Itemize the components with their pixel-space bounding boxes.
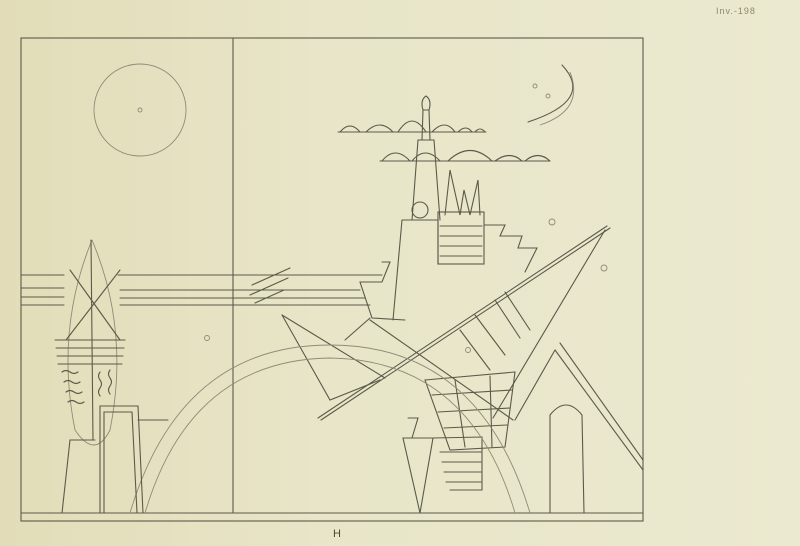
pencil-drawing: [0, 0, 800, 546]
sun-circle: [94, 64, 186, 156]
tower: [360, 96, 537, 320]
horizon-stripes: [21, 268, 382, 305]
small-dots: [205, 219, 608, 353]
leaf-boat: [55, 240, 125, 445]
crescent-moon: [528, 65, 574, 125]
left-buildings: [62, 406, 168, 513]
diagonal-shapes: [282, 226, 610, 420]
rainbow-arch: [130, 345, 530, 513]
ladder-grid: [403, 372, 515, 513]
right-gable: [515, 343, 643, 513]
clouds: [338, 121, 550, 161]
